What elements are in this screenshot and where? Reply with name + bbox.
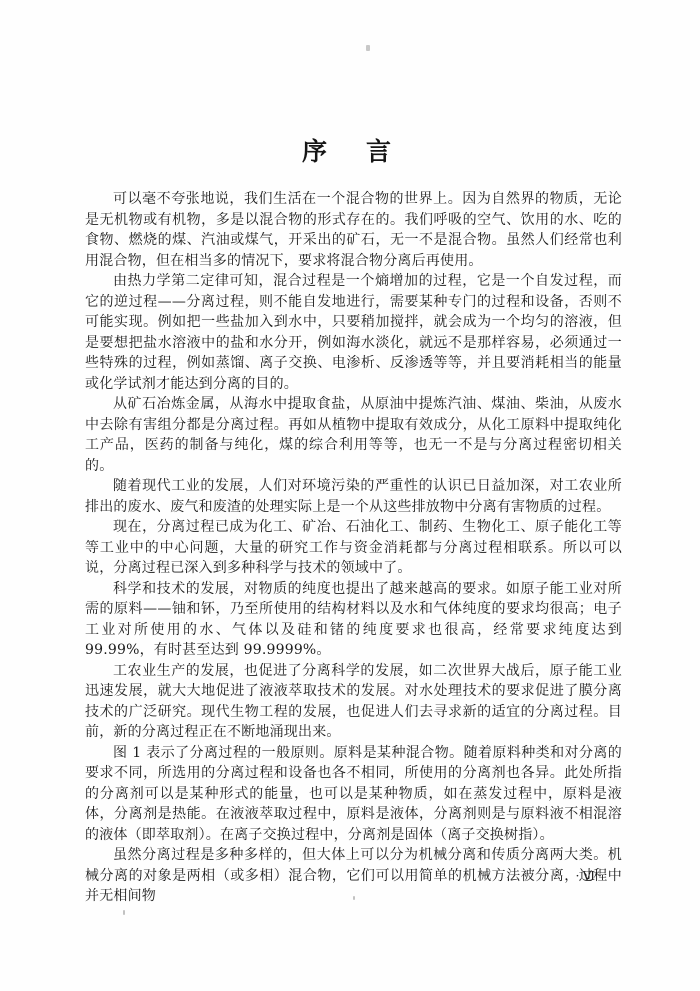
preface-paragraph: 随着现代工业的发展，人们对环境污染的严重性的认识已日益加深，对工农业所排出的废水…: [85, 476, 622, 517]
scanned-book-page: 序 言 可以毫不夸张地说，我们生活在一个混合物的世界上。因为自然界的物质，无论是…: [0, 0, 700, 991]
scan-artifact: [366, 45, 370, 51]
preface-paragraph: 从矿石冶炼金属，从海水中提取食盐，从原油中提炼汽油、煤油、柴油，从废水中去除有害…: [85, 394, 622, 476]
scan-artifact: [123, 910, 125, 915]
scan-artifact: [353, 896, 355, 900]
preface-body: 可以毫不夸张地说，我们生活在一个混合物的世界上。因为自然界的物质，无论是无机物或…: [85, 189, 622, 907]
preface-paragraph: 图 1 表示了分离过程的一般原则。原料是某种混合物。随着原料种类和对分离的要求不…: [85, 743, 622, 846]
preface-paragraph: 可以毫不夸张地说，我们生活在一个混合物的世界上。因为自然界的物质，无论是无机物或…: [85, 189, 622, 271]
preface-paragraph: 由热力学第二定律可知，混合过程是一个熵增加的过程，它是一个自发过程，而它的逆过程…: [85, 271, 622, 394]
preface-paragraph: 工农业生产的发展，也促进了分离科学的发展，如二次世界大战后，原子能工业迅速发展，…: [85, 661, 622, 743]
page-title: 序 言: [0, 132, 700, 168]
preface-paragraph: 科学和技术的发展，对物质的纯度也提出了越来越高的要求。如原子能工业对所需的原料—…: [85, 579, 622, 661]
page-number: ·Ⅵ·: [575, 868, 605, 883]
preface-paragraph: 现在，分离过程已成为化工、矿冶、石油化工、制药、生物化工、原子能化工等等工业中的…: [85, 517, 622, 579]
